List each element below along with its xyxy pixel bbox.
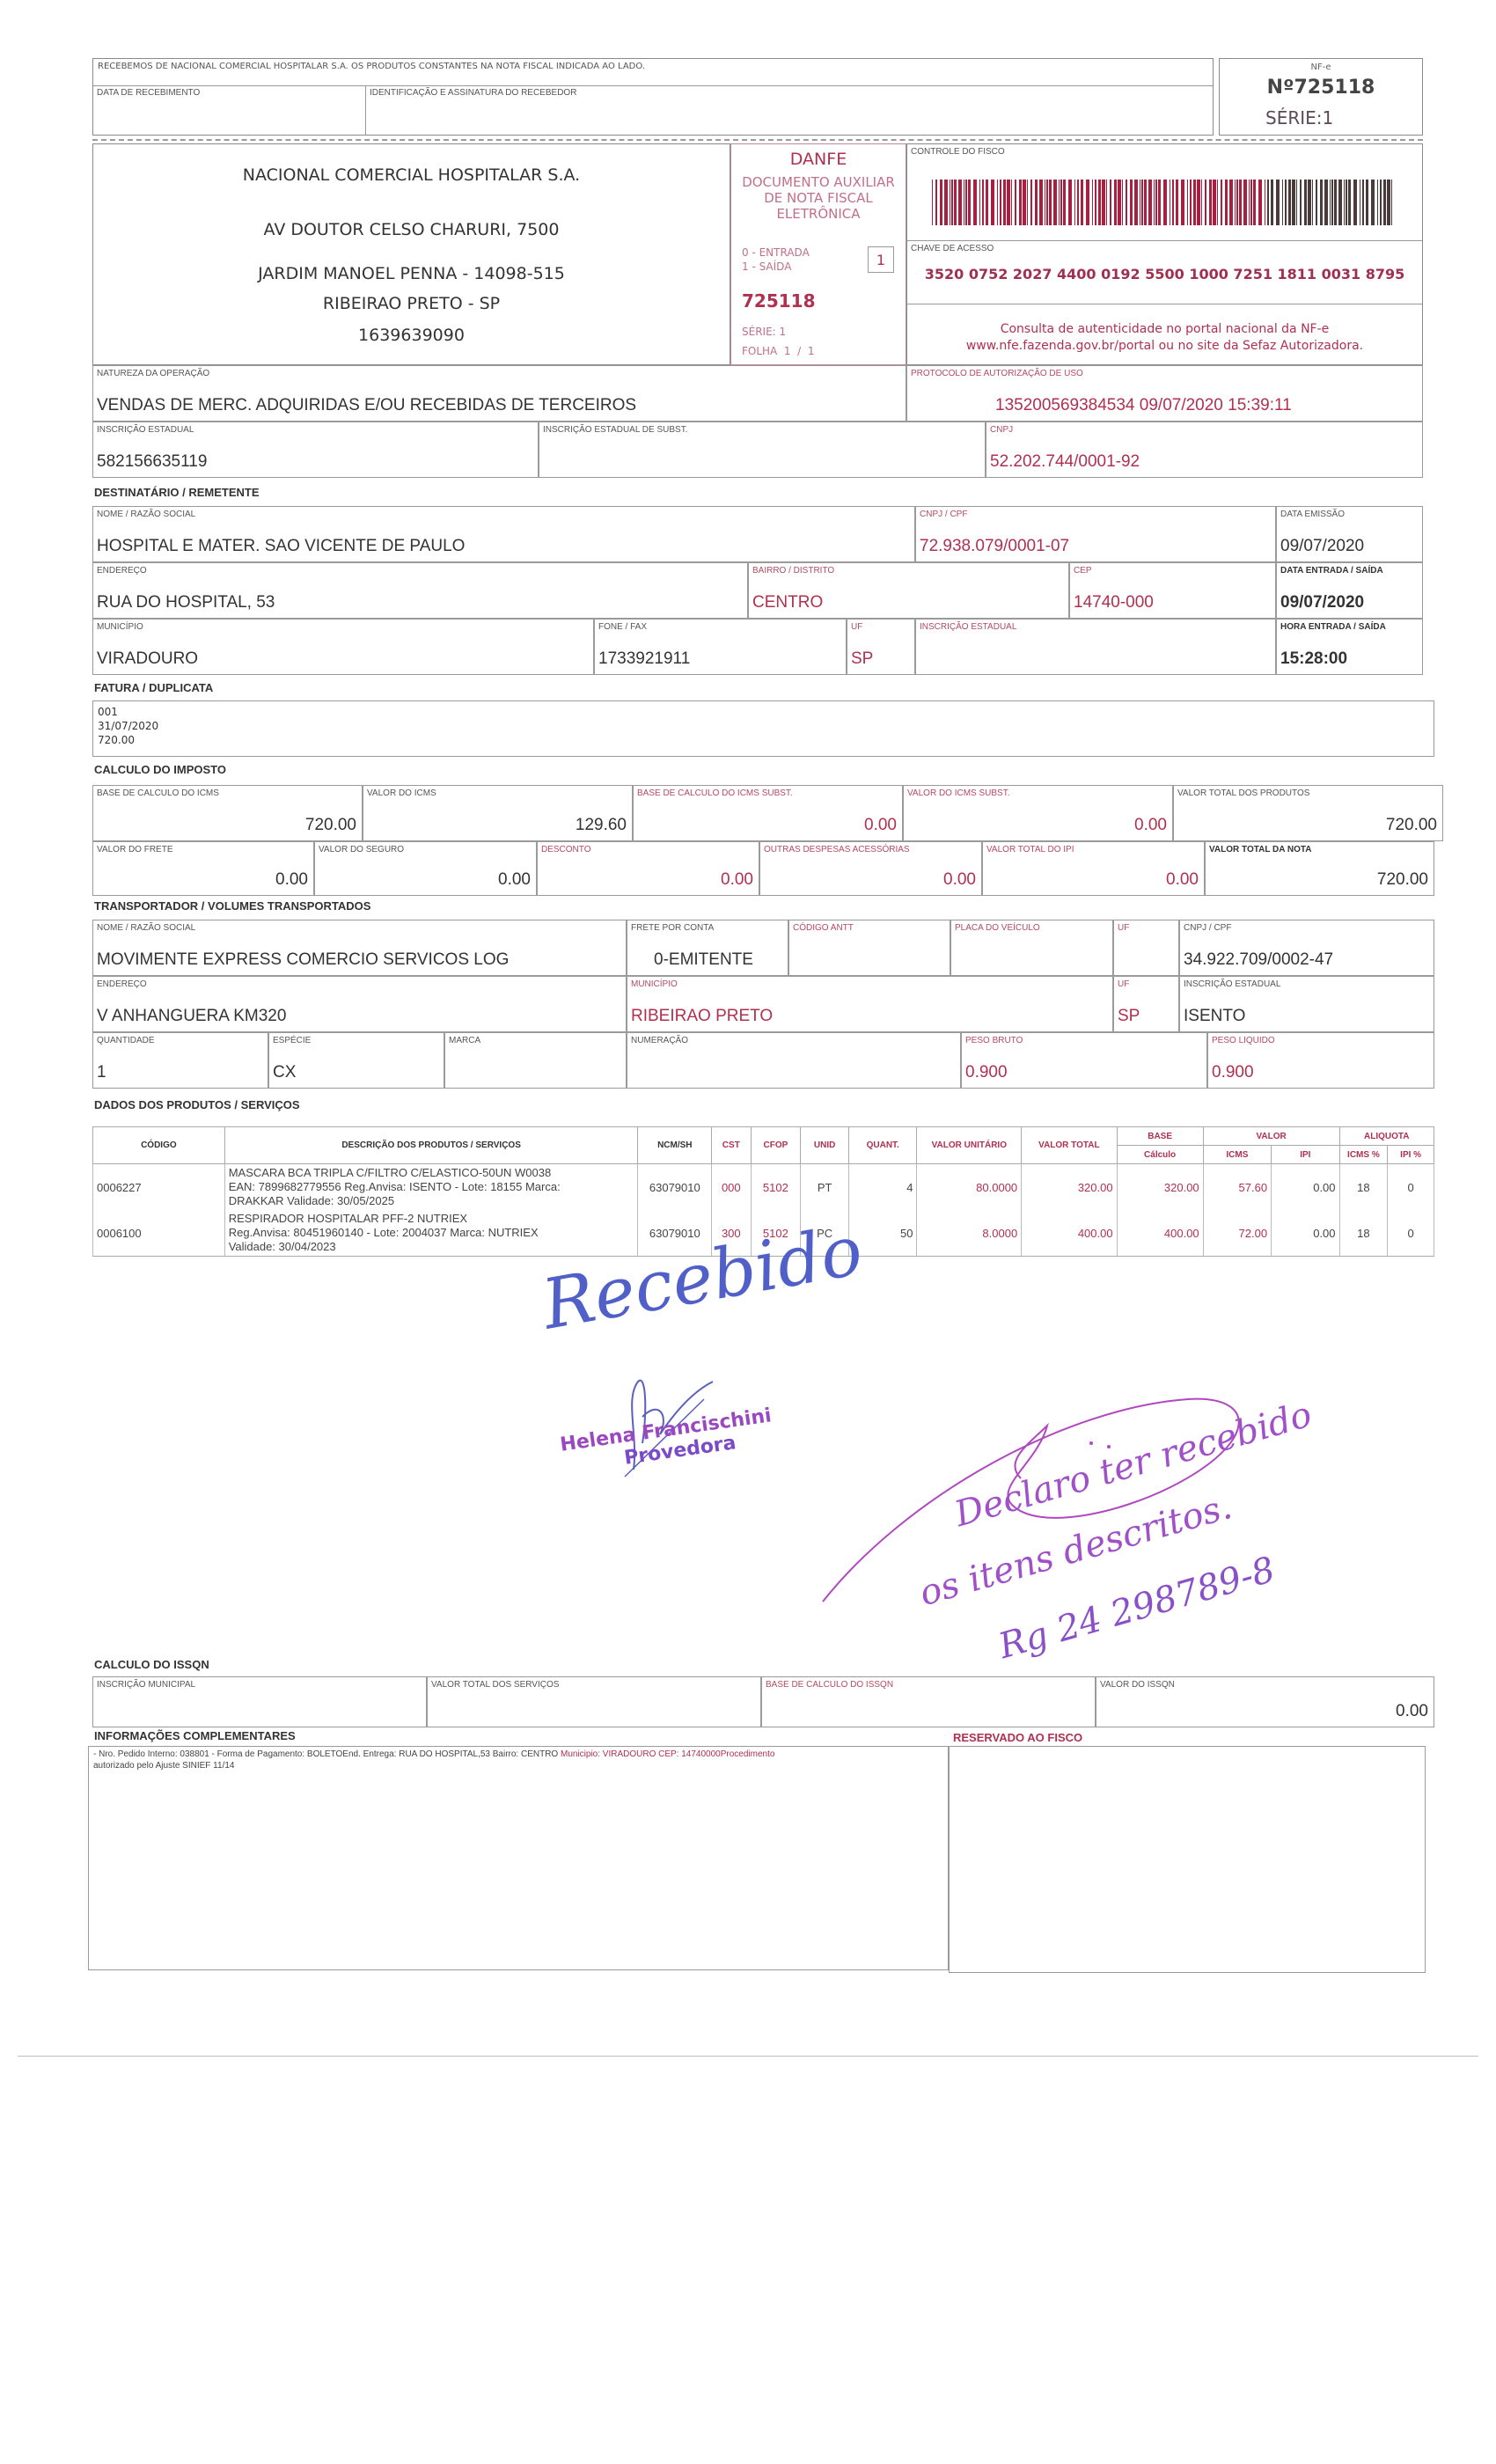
dest-bairro-field: BAIRRO / DISTRITO CENTRO — [748, 562, 1069, 619]
dest-entrada: 09/07/2020 — [1280, 593, 1364, 612]
col-quant: QUANT. — [849, 1127, 917, 1164]
page-edge-line — [18, 2056, 1478, 2057]
issqn-servicos-field: VALOR TOTAL DOS SERVIÇOS — [427, 1676, 761, 1727]
dest-endereco: RUA DO HOSPITAL, 53 — [97, 593, 275, 612]
transp-nome-field: NOME / RAZÃO SOCIAL MOVIMENTE EXPRESS CO… — [92, 920, 627, 976]
controle-fisco-label: CONTROLE DO FISCO — [911, 147, 1005, 157]
danfe-number: 725118 — [742, 290, 816, 312]
receipt-signature-field[interactable]: IDENTIFICAÇÃO E ASSINATURA DO RECEBEDOR — [366, 85, 1211, 135]
col-ncm: NCM/SH — [638, 1127, 712, 1164]
danfe-title: DANFE — [731, 150, 906, 169]
vol-peso-liquido: 0.900 — [1212, 1063, 1254, 1082]
natureza-operacao-field: NATUREZA DA OPERAÇÃO VENDAS DE MERC. ADQ… — [92, 365, 906, 422]
col-cst: CST — [712, 1127, 751, 1164]
ie: 582156635119 — [97, 452, 207, 472]
ie-subst-field: INSCRIÇÃO ESTADUAL DE SUBST. — [539, 422, 986, 478]
controle-fisco-field: CONTROLE DO FISCO — [907, 144, 1422, 241]
col-base: BASE — [1117, 1127, 1203, 1146]
transp-cnpj-field: CNPJ / CPF 34.922.709/0002-47 — [1179, 920, 1434, 976]
vol-peso-bruto: 0.900 — [965, 1063, 1008, 1082]
imposto-field: BASE DE CALCULO DO ICMS SUBST.0.00 — [633, 785, 903, 841]
imposto-field: OUTRAS DESPESAS ACESSÓRIAS0.00 — [759, 841, 982, 896]
transp-endereco-field: ENDEREÇO V ANHANGUERA KM320 — [92, 976, 627, 1032]
danfe-subtitle-2: DE NOTA FISCAL — [731, 190, 906, 206]
section-issqn: CALCULO DO ISSQN — [94, 1658, 209, 1671]
col-valor-ipi: IPI — [1272, 1146, 1339, 1164]
danfe-serie: SÉRIE: 1 — [742, 326, 786, 338]
vol-quantidade: 1 — [97, 1063, 106, 1082]
vol-peso-liquido-field: PESO LIQUIDO 0.900 — [1207, 1032, 1434, 1089]
emitente-city: RIBEIRAO PRETO - SP — [93, 294, 730, 313]
col-aliq-icms: ICMS % — [1339, 1146, 1388, 1164]
col-valor-unit: VALOR UNITÁRIO — [917, 1127, 1022, 1164]
dest-nome-field: NOME / RAZÃO SOCIAL HOSPITAL E MATER. SA… — [92, 506, 915, 562]
dest-municipio-field: MUNICÍPIO VIRADOURO — [92, 619, 594, 675]
receipt-text: RECEBEMOS DE NACIONAL COMERCIAL HOSPITAL… — [98, 62, 645, 71]
dest-cnpj: 72.938.079/0001-07 — [920, 537, 1069, 556]
imposto-field: VALOR DO FRETE0.00 — [92, 841, 314, 896]
imposto-field: VALOR TOTAL DA NOTA720.00 — [1205, 841, 1434, 896]
dest-fone: 1733921911 — [598, 649, 690, 669]
imposto-field: VALOR TOTAL DOS PRODUTOS720.00 — [1173, 785, 1443, 841]
chave-acesso-field: CHAVE DE ACESSO 3520 0752 2027 4400 0192… — [907, 241, 1422, 304]
emitente-cnpj: 52.202.744/0001-92 — [990, 452, 1140, 472]
imposto-field: DESCONTO0.00 — [537, 841, 759, 896]
imposto-field: VALOR DO ICMS SUBST.0.00 — [903, 785, 1173, 841]
transp-uf: SP — [1118, 1007, 1140, 1026]
dest-emissao-field: DATA EMISSÃO 09/07/2020 — [1276, 506, 1423, 562]
chave-acesso: 3520 0752 2027 4400 0192 5500 1000 7251 … — [907, 266, 1422, 282]
danfe-box: DANFE DOCUMENTO AUXILIAR DE NOTA FISCAL … — [730, 143, 906, 365]
col-aliq-ipi: IPI % — [1388, 1146, 1434, 1164]
nfe-label: NF-e — [1220, 62, 1422, 72]
transp-cnpj: 34.922.709/0002-47 — [1184, 950, 1333, 970]
dest-cep: 14740-000 — [1074, 593, 1154, 612]
fatura-valor: 720.00 — [98, 734, 135, 746]
consulta-line-1: Consulta de autenticidade no portal naci… — [907, 322, 1422, 336]
transp-uf-field: UF SP — [1113, 976, 1179, 1032]
section-reservado-fisco: RESERVADO AO FISCO — [953, 1731, 1082, 1744]
dest-hora: 15:28:00 — [1280, 649, 1347, 669]
col-valor-total: VALOR TOTAL — [1022, 1127, 1117, 1164]
emitente-cnpj-field: CNPJ 52.202.744/0001-92 — [986, 422, 1423, 478]
vol-numeracao-field: NUMERAÇÃO — [627, 1032, 961, 1089]
col-base-calculo: Cálculo — [1117, 1146, 1203, 1164]
emitente-name: NACIONAL COMERCIAL HOSPITALAR S.A. — [93, 165, 730, 185]
protocolo-field: PROTOCOLO DE AUTORIZAÇÃO DE USO 13520056… — [906, 365, 1423, 422]
emitente-phone: 1639639090 — [93, 326, 730, 345]
col-valor: VALOR — [1203, 1127, 1339, 1146]
vol-marca-field: MARCA — [444, 1032, 627, 1089]
issqn-base-field: BASE DE CALCULO DO ISSQN — [761, 1676, 1096, 1727]
receipt-stub: RECEBEMOS DE NACIONAL COMERCIAL HOSPITAL… — [92, 58, 1214, 136]
danfe-saida: 1 - SAÍDA — [742, 260, 791, 273]
col-valor-icms: ICMS — [1203, 1146, 1271, 1164]
dest-fone-field: FONE / FAX 1733921911 — [594, 619, 847, 675]
vol-peso-bruto-field: PESO BRUTO 0.900 — [961, 1032, 1207, 1089]
imposto-field: VALOR DO ICMS129.60 — [363, 785, 633, 841]
emitente-district: JARDIM MANOEL PENNA - 14098-515 — [93, 264, 730, 283]
issqn-im-field: INSCRIÇÃO MUNICIPAL — [92, 1676, 427, 1727]
danfe-entrada: 0 - ENTRADA — [742, 246, 810, 259]
dest-uf: SP — [851, 649, 873, 669]
issqn-valor-field: VALOR DO ISSQN 0.00 — [1096, 1676, 1434, 1727]
emitente-address: AV DOUTOR CELSO CHARURI, 7500 — [93, 220, 730, 239]
transp-ie: ISENTO — [1184, 1007, 1245, 1026]
danfe-subtitle-1: DOCUMENTO AUXILIAR — [731, 174, 906, 190]
danfe-tipo: 1 — [868, 246, 894, 273]
fisco-box: CONTROLE DO FISCO CHAVE DE ACESSO 3520 0… — [906, 143, 1423, 365]
col-codigo: CÓDIGO — [93, 1127, 225, 1164]
dest-ie-field: INSCRIÇÃO ESTADUAL — [915, 619, 1276, 675]
reservado-fisco-box — [949, 1746, 1426, 1973]
transp-ie-field: INSCRIÇÃO ESTADUAL ISENTO — [1179, 976, 1434, 1032]
dest-entrada-field: DATA ENTRADA / SAÍDA 09/07/2020 — [1276, 562, 1423, 619]
dest-cnpj-field: CNPJ / CPF 72.938.079/0001-07 — [915, 506, 1276, 562]
col-aliquota: ALIQUOTA — [1339, 1127, 1434, 1146]
dest-hora-field: HORA ENTRADA / SAÍDA 15:28:00 — [1276, 619, 1423, 675]
fatura-vencimento: 31/07/2020 — [98, 720, 158, 732]
transp-endereco: V ANHANGUERA KM320 — [97, 1007, 286, 1026]
imposto-field: VALOR TOTAL DO IPI0.00 — [982, 841, 1205, 896]
vol-especie: CX — [273, 1063, 296, 1082]
danfe-subtitle-3: ELETRÔNICA — [731, 206, 906, 222]
section-transportador: TRANSPORTADOR / VOLUMES TRANSPORTADOS — [94, 899, 370, 913]
cut-line — [92, 139, 1423, 141]
transp-nome: MOVIMENTE EXPRESS COMERCIO SERVICOS LOG — [97, 950, 509, 970]
table-row: 0006227MASCARA BCA TRIPLA C/FILTRO C/ELA… — [93, 1164, 1434, 1211]
transp-municipio: RIBEIRAO PRETO — [631, 1007, 773, 1026]
dest-cep-field: CEP 14740-000 — [1069, 562, 1276, 619]
section-info-complementares: INFORMAÇÕES COMPLEMENTARES — [94, 1729, 296, 1742]
info-complementares-text: - Nro. Pedido Interno: 038801 - Forma de… — [93, 1749, 774, 1759]
receipt-date-field[interactable]: DATA DE RECEBIMENTO — [93, 85, 366, 135]
receipt-signature-label: IDENTIFICAÇÃO E ASSINATURA DO RECEBEDOR — [370, 88, 576, 98]
imposto-field: VALOR DO SEGURO0.00 — [314, 841, 537, 896]
emitente-box: NACIONAL COMERCIAL HOSPITALAR S.A. AV DO… — [92, 143, 730, 365]
protocolo: 135200569384534 09/07/2020 15:39:11 — [995, 396, 1292, 415]
danfe-folha: FOLHA 1 / 1 — [742, 345, 814, 357]
section-produtos: DADOS DOS PRODUTOS / SERVIÇOS — [94, 1098, 300, 1111]
section-fatura: FATURA / DUPLICATA — [94, 681, 213, 694]
col-descricao: DESCRIÇÃO DOS PRODUTOS / SERVIÇOS — [224, 1127, 638, 1164]
dest-uf-field: UF SP — [847, 619, 915, 675]
natureza-operacao: VENDAS DE MERC. ADQUIRIDAS E/OU RECEBIDA… — [97, 396, 636, 415]
dest-nome: HOSPITAL E MATER. SAO VICENTE DE PAULO — [97, 537, 465, 556]
imposto-field: BASE DE CALCULO DO ICMS720.00 — [92, 785, 363, 841]
transp-municipio-field: MUNICÍPIO RIBEIRAO PRETO — [627, 976, 1113, 1032]
vol-especie-field: ESPÉCIE CX — [268, 1032, 444, 1089]
nfe-number-box: NF-e Nº725118 SÉRIE:1 — [1219, 58, 1423, 136]
section-destinatario: DESTINATÁRIO / REMETENTE — [94, 486, 260, 499]
nfe-serie: SÉRIE:1 — [1265, 107, 1333, 128]
receipt-date-label: DATA DE RECEBIMENTO — [97, 88, 200, 98]
issqn-valor: 0.00 — [1396, 1702, 1428, 1721]
transp-frete-field: FRETE POR CONTA 0-EMITENTE — [627, 920, 788, 976]
dest-municipio: VIRADOURO — [97, 649, 198, 669]
section-imposto: CALCULO DO IMPOSTO — [94, 763, 226, 776]
col-cfop: CFOP — [751, 1127, 801, 1164]
chave-acesso-label: CHAVE DE ACESSO — [911, 244, 994, 253]
info-complementares-box: - Nro. Pedido Interno: 038801 - Forma de… — [88, 1746, 949, 1970]
barcode-icon — [932, 180, 1398, 225]
dest-bairro: CENTRO — [752, 593, 823, 612]
col-unid: UNID — [801, 1127, 849, 1164]
fatura-box: 001 31/07/2020 720.00 — [92, 700, 1434, 757]
ie-field: INSCRIÇÃO ESTADUAL 582156635119 — [92, 422, 539, 478]
consulta-line-2: www.nfe.fazenda.gov.br/portal ou no site… — [907, 339, 1422, 353]
transp-placa-field: PLACA DO VEÍCULO — [950, 920, 1113, 976]
nfe-number: Nº725118 — [1220, 77, 1422, 99]
dest-endereco-field: ENDEREÇO RUA DO HOSPITAL, 53 — [92, 562, 748, 619]
vol-quantidade-field: QUANTIDADE 1 — [92, 1032, 268, 1089]
fatura-numero: 001 — [98, 706, 118, 718]
transp-frete: 0-EMITENTE — [654, 950, 753, 970]
dest-emissao: 09/07/2020 — [1280, 537, 1364, 556]
transp-antt-field: CÓDIGO ANTT — [788, 920, 950, 976]
transp-uf-veiculo-field: UF — [1113, 920, 1179, 976]
